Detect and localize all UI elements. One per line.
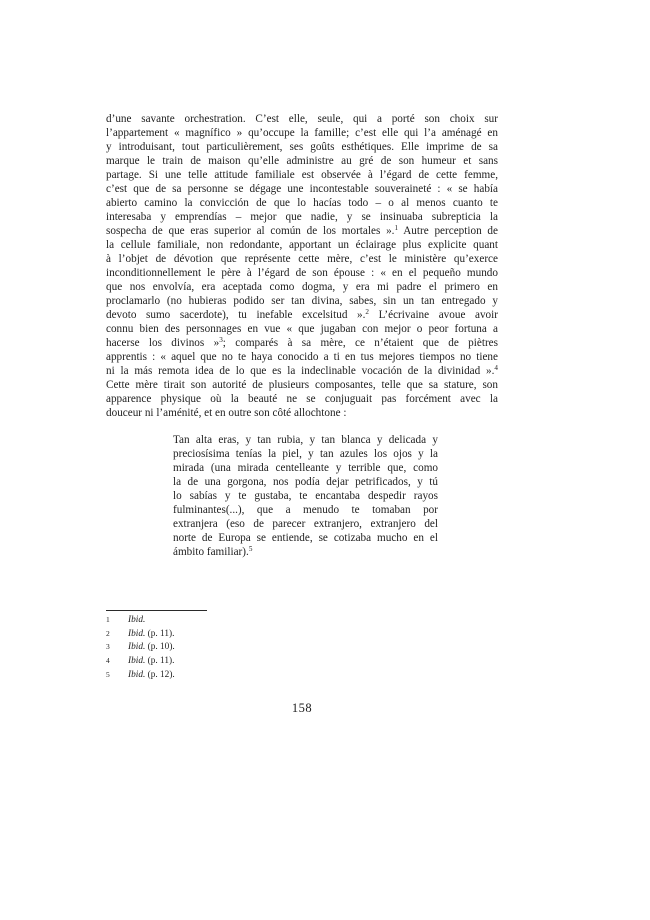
text-line: connu bien des personnages en vue « que … xyxy=(106,322,498,336)
text-line: Cette mère tirait son autorité de plusie… xyxy=(106,378,498,392)
footnote-source: Ibid. xyxy=(128,670,145,680)
footnote-detail: (p. 12). xyxy=(145,670,174,680)
text-line: hacerse los divinos »3; comparés à sa mè… xyxy=(106,336,498,350)
text-line: devoto sumo sacerdote), tu inefable exce… xyxy=(106,308,498,322)
text-line: apparence physique où la beauté ne se co… xyxy=(106,392,498,406)
text-line: que nos envolvía, era aceptada como dogm… xyxy=(106,280,498,294)
text-line: la cellule familiale, non redondante, ap… xyxy=(106,238,498,252)
text-line: y introduisant, tout particulièrement, s… xyxy=(106,140,498,154)
body-paragraph: d’une savante orchestration. C’est elle,… xyxy=(106,112,498,420)
footnote-number: 1 xyxy=(106,614,128,625)
footnote-reference: 2 xyxy=(365,308,369,316)
footnote-source: Ibid. xyxy=(128,656,145,666)
text-line: ni la más remota idea de lo que es la in… xyxy=(106,364,498,378)
footnote-separator xyxy=(106,610,207,611)
footnote-item: 2Ibid. (p. 11). xyxy=(106,628,498,642)
footnote-source: Ibid. xyxy=(128,615,145,625)
text-line: sospecha de que eras superior al común d… xyxy=(106,224,498,238)
block-quote: Tan alta eras, y tan rubia, y tan blanca… xyxy=(173,433,438,559)
document-page: d’une savante orchestration. C’est elle,… xyxy=(0,0,650,920)
footnote-item: 4Ibid. (p. 11). xyxy=(106,655,498,669)
text-line: la de una gorgona, nos podía dejar petri… xyxy=(173,475,438,489)
footnote-reference: 3 xyxy=(219,336,223,344)
footnote-reference: 4 xyxy=(494,364,498,372)
text-line: à l’objet de dévotion que représente cet… xyxy=(106,252,498,266)
text-line: preciosísima tenías la piel, y tan azule… xyxy=(173,447,438,461)
footnotes-section: 1Ibid.2Ibid. (p. 11).3Ibid. (p. 10).4Ibi… xyxy=(106,614,498,682)
footnote-item: 1Ibid. xyxy=(106,614,498,628)
text-line: mirada (una mirada centelleante y terrib… xyxy=(173,461,438,475)
footnote-reference: 5 xyxy=(249,545,253,553)
footnote-detail: (p. 11). xyxy=(145,629,174,639)
text-line: extranjera (eso de parecer extranjero, e… xyxy=(173,517,438,531)
text-line: douceur ni l’aménité, et en outre son cô… xyxy=(106,406,498,420)
footnote-number: 4 xyxy=(106,655,128,666)
text-line: inconditionnellement le père à l’égard d… xyxy=(106,266,498,280)
text-line: d’une savante orchestration. C’est elle,… xyxy=(106,112,498,126)
text-line: abierto camino la convicción de que lo h… xyxy=(106,196,498,210)
text-line: proclamarlo (no hubieras podido ser tan … xyxy=(106,294,498,308)
footnote-item: 5Ibid. (p. 12). xyxy=(106,669,498,683)
text-line: marque le train de maison qu’elle admini… xyxy=(106,154,498,168)
text-line: ámbito familiar).5 xyxy=(173,545,438,559)
footnote-reference: 1 xyxy=(394,224,398,232)
footnote-source: Ibid. xyxy=(128,629,145,639)
footnote-item: 3Ibid. (p. 10). xyxy=(106,641,498,655)
footnote-number: 5 xyxy=(106,669,128,680)
text-line: norte de Europa se entiende, se cotizaba… xyxy=(173,531,438,545)
footnote-number: 2 xyxy=(106,628,128,639)
text-line: apprentis : « aquel que no te haya conoc… xyxy=(106,350,498,364)
text-line: c’est que de sa personne se dégage une i… xyxy=(106,182,498,196)
text-line: fulminantes(...), que a menudo te tomaba… xyxy=(173,503,438,517)
footnote-number: 3 xyxy=(106,641,128,652)
text-line: l’appartement « magnífico » qu’occupe la… xyxy=(106,126,498,140)
page-number: 158 xyxy=(106,701,498,716)
text-line: Tan alta eras, y tan rubia, y tan blanca… xyxy=(173,433,438,447)
footnote-source: Ibid. xyxy=(128,642,145,652)
text-line: lo sabías y te gustaba, te encantaba des… xyxy=(173,489,438,503)
text-line: partage. Si une telle attitude familiale… xyxy=(106,168,498,182)
text-line: interesaba y emprendías – mejor que nadi… xyxy=(106,210,498,224)
footnote-detail: (p. 10). xyxy=(145,642,174,652)
footnote-detail: (p. 11). xyxy=(145,656,174,666)
